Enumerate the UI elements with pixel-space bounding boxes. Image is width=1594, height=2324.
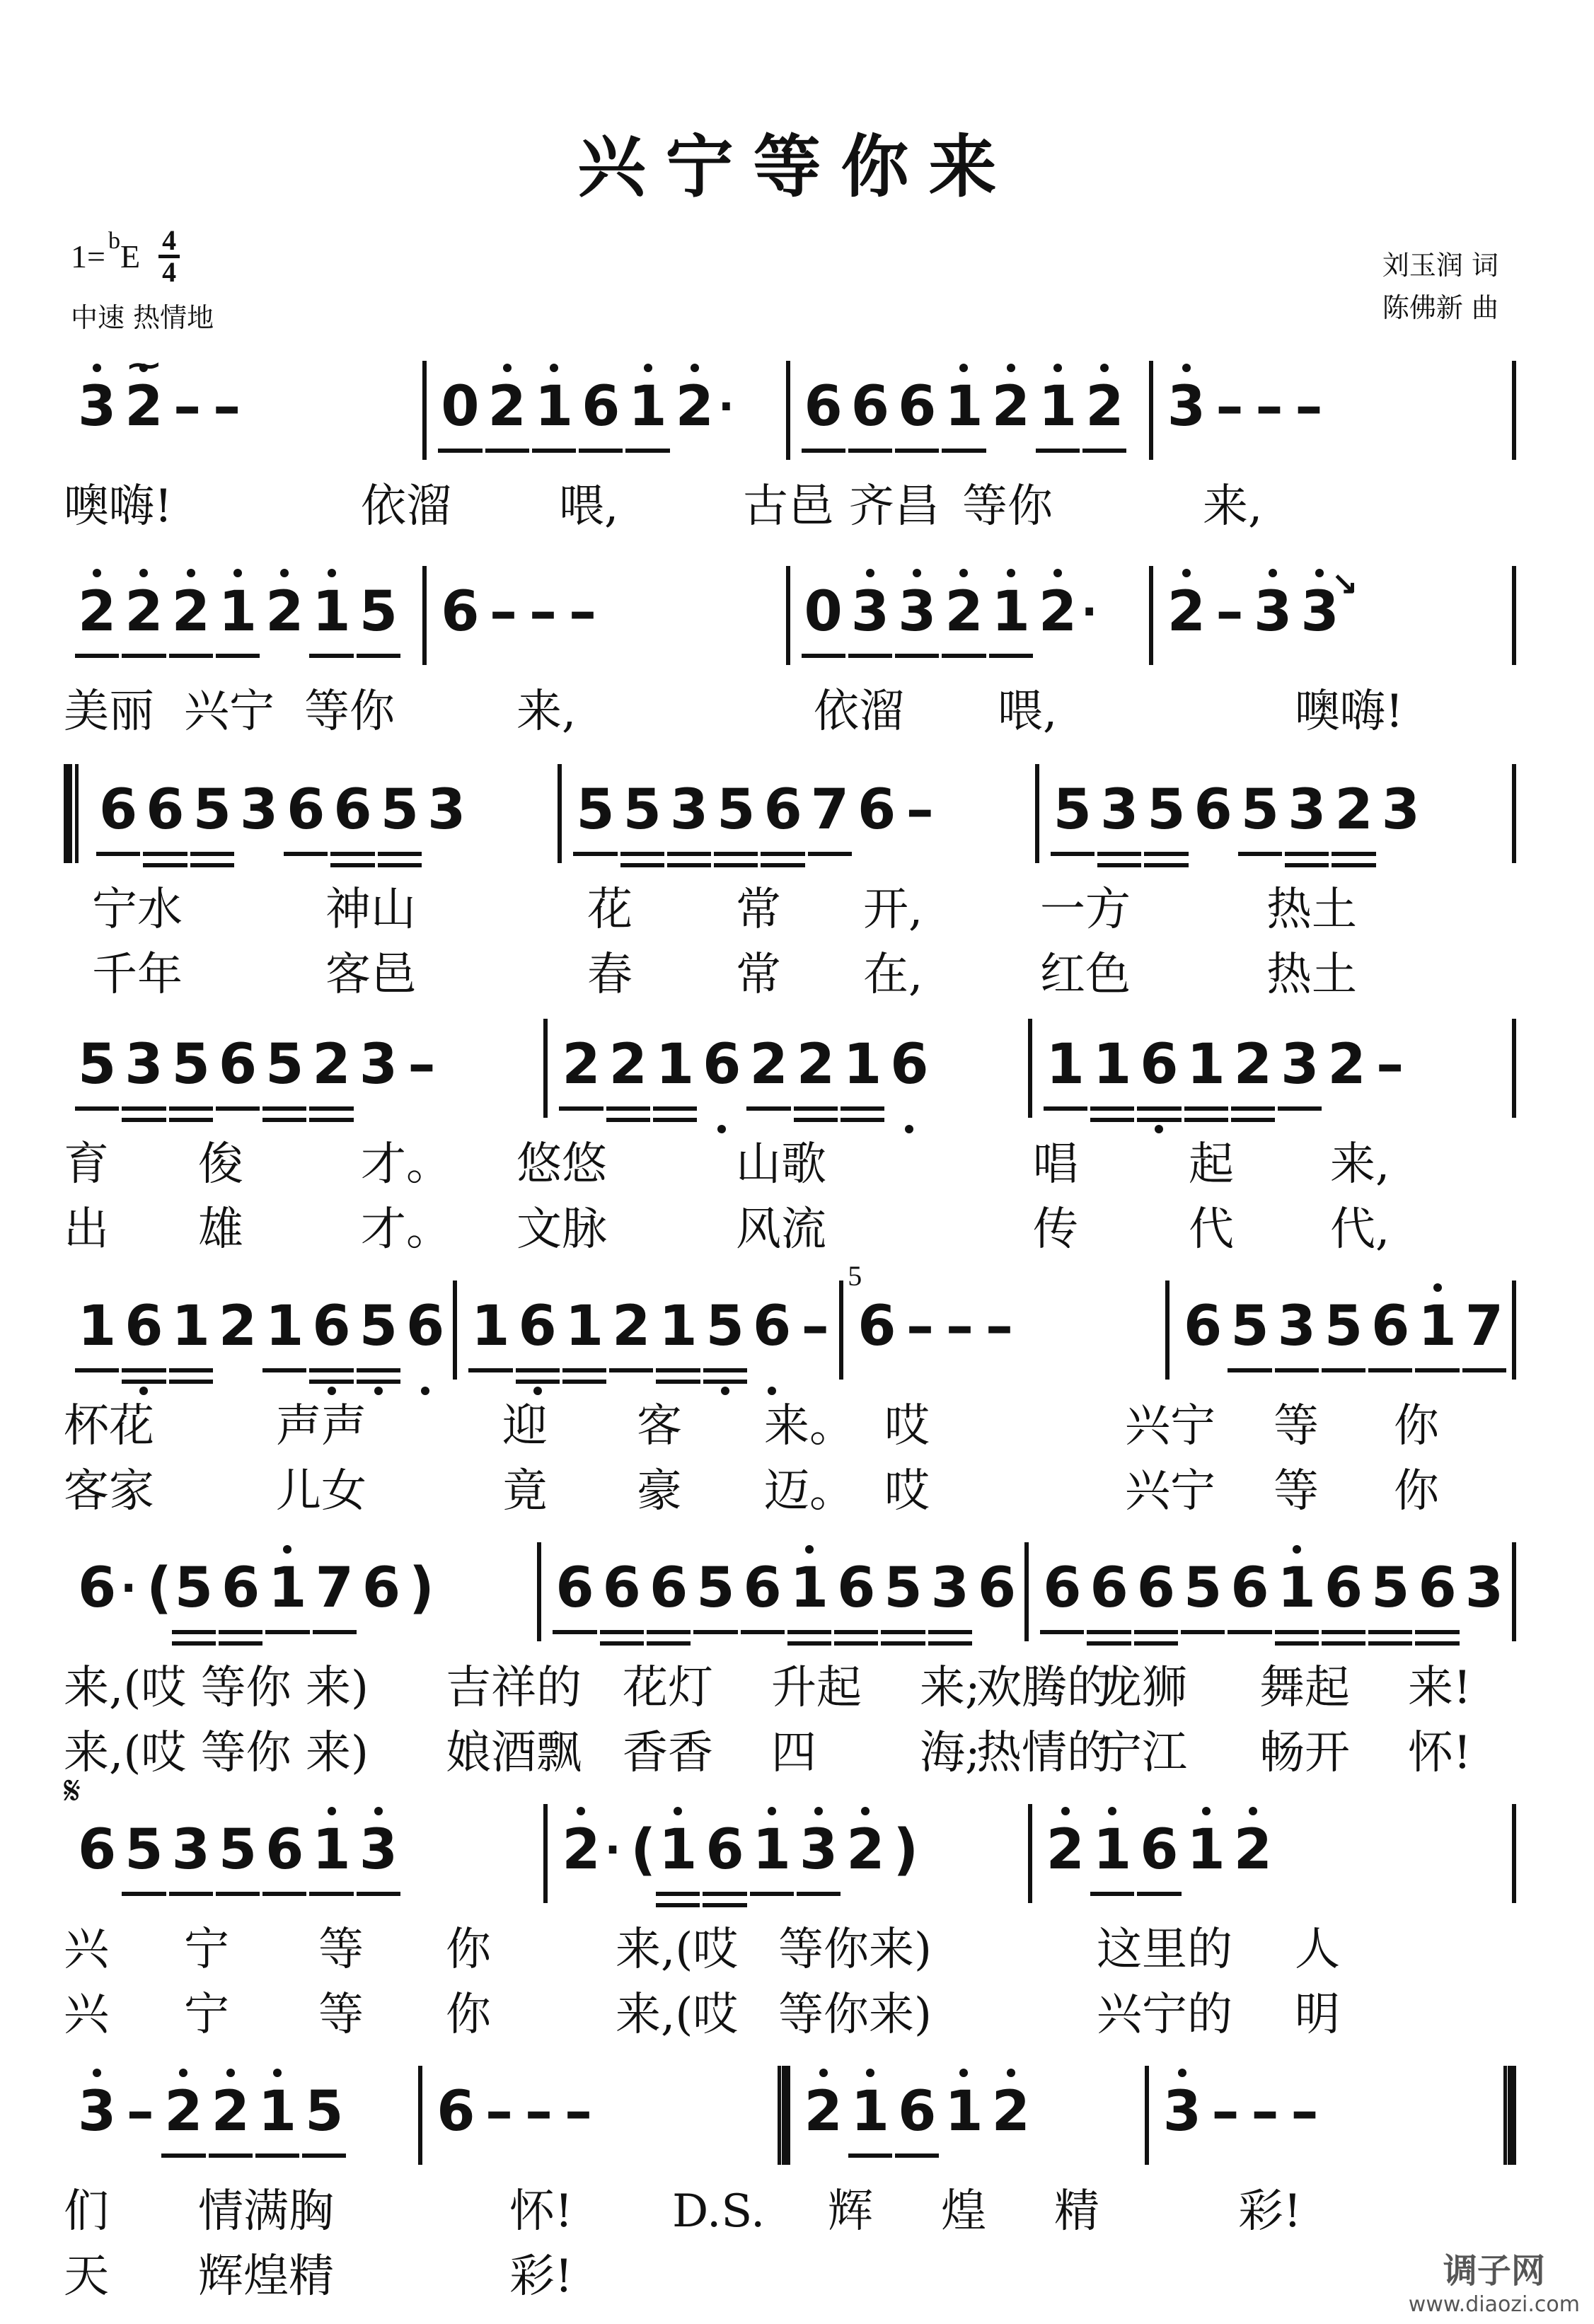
note: 6 (78, 1818, 116, 1882)
eighth-underline (309, 1106, 353, 1111)
measure: 3––– (1153, 333, 1512, 474)
measure: 66536653 (85, 736, 558, 877)
note: 1 (843, 1033, 882, 1097)
note-digit: 5 (1230, 1295, 1269, 1358)
lyrics-verse-1: 杯花声声迎客来。哎兴宁等你 (64, 1394, 1516, 1459)
eighth-underline (928, 1630, 972, 1634)
note: 5 (696, 1556, 734, 1620)
eighth-underline (216, 654, 260, 658)
note-digit: 3 (1163, 2080, 1201, 2144)
note: 6 (857, 1295, 896, 1358)
note: 1 (471, 1295, 509, 1358)
lyric-syllable: 才。 (361, 1132, 451, 1197)
eighth-underline (714, 852, 758, 856)
note: 2 (992, 375, 1030, 439)
eighth-underline (606, 1106, 650, 1111)
note: 2⁓ (125, 375, 163, 439)
note: 6 (890, 1033, 928, 1097)
note: 6 (582, 375, 620, 439)
open-paren: ( (630, 1818, 656, 1882)
sustain-dash: – (488, 580, 519, 644)
note-digit: 6 (851, 375, 889, 439)
sixteenth-underline (1415, 1641, 1459, 1646)
note: 1 (1093, 1818, 1131, 1882)
eighth-underline (122, 654, 166, 658)
sixteenth-underline (600, 1641, 644, 1646)
note-digit: 6 (99, 778, 137, 842)
high-octave-dot (768, 1807, 776, 1815)
note-digit: 6 (1418, 1556, 1456, 1620)
eighth-underline (161, 2154, 205, 2158)
note: 6 (437, 2080, 475, 2144)
note: 6 (1184, 1295, 1222, 1358)
note-digit: 5 (1241, 778, 1279, 842)
sixteenth-underline (1368, 1641, 1412, 1646)
lyric-syllable: 喂, (559, 474, 618, 539)
sixteenth-underline (703, 1903, 746, 1907)
eighth-underline (609, 1368, 653, 1372)
eighth-underline (989, 654, 1033, 658)
augmentation-dot: · (120, 1556, 137, 1620)
note-digit: 3 (898, 580, 936, 644)
measure: 033212· (790, 538, 1149, 679)
note-digit: 5 (78, 1033, 116, 1097)
note-digit: – (490, 580, 517, 644)
note: 1 (258, 2080, 296, 2144)
lyricist-credit: 刘玉润 词 (1382, 244, 1498, 287)
note-digit: 1 (992, 580, 1030, 644)
time-numerator: 4 (162, 226, 176, 255)
eighth-underline (1036, 449, 1080, 453)
note: 2 (804, 2080, 843, 2144)
eighth-underline (143, 852, 187, 856)
note: 3 (1254, 580, 1292, 644)
note-digit: 3 (1278, 1295, 1316, 1358)
note: 5 (884, 1556, 922, 1620)
lyric-syllable: 欢腾的 (976, 1655, 1112, 1721)
lyric-syllable: 怀! (509, 2179, 573, 2244)
open-paren: ( (146, 1556, 172, 1620)
note: 1 (172, 1295, 210, 1358)
note-digit: 6 (519, 1295, 557, 1358)
note-digit: 6 (837, 1556, 875, 1620)
note: 2 (312, 1033, 350, 1097)
lyrics-verse-1: 兴宁等你来,(哎等你来)这里的人 (64, 1917, 1516, 1982)
note-digit: 6 (78, 1556, 116, 1620)
note-digit: 6 (333, 778, 371, 842)
note: 7 (1465, 1295, 1503, 1358)
note: 5 (219, 1818, 257, 1882)
note: 6 (287, 778, 325, 842)
sustain-dash: – (984, 1295, 1015, 1358)
lyric-syllable: 人 (1295, 1917, 1340, 1982)
high-octave-dot (226, 2069, 235, 2077)
lyric-syllable: 舞起 (1259, 1655, 1350, 1721)
note-digit: 2 (219, 1295, 257, 1358)
repeat-end-barline (778, 2066, 790, 2165)
note-digit: 5 (1184, 1556, 1222, 1620)
lyric-syllable: 神山 (325, 877, 416, 942)
eighth-underline (848, 2154, 892, 2158)
note-digit: 2 (992, 2080, 1030, 2144)
lyric-syllable: 宁 (184, 1917, 229, 1982)
eighth-underline (703, 1892, 746, 1896)
sixteenth-underline (330, 863, 374, 867)
eighth-underline (797, 1892, 841, 1896)
note-digit: 3 (1100, 778, 1138, 842)
note: 5 (175, 1556, 213, 1620)
time-denominator: 4 (162, 258, 176, 287)
high-octave-dot (959, 2069, 968, 2077)
note-digit: 3 (931, 1556, 969, 1620)
note-digit: 5 (1053, 778, 1092, 842)
score-system: 5356523–221622161161232–育俊才。悠悠山歌唱起来,出雄才。… (64, 990, 1516, 1262)
note: 2 (562, 1818, 600, 1882)
note-digit: 1 (1187, 1033, 1225, 1097)
note-digit: – (529, 580, 557, 644)
eighth-underline (309, 1368, 353, 1372)
note-digit: – (906, 1295, 934, 1358)
note-digit: – (1252, 2080, 1279, 2144)
sustain-dash: – (528, 580, 559, 644)
note: 3 (1278, 1295, 1316, 1358)
eighth-underline (741, 1630, 785, 1634)
eighth-underline (1040, 1630, 1084, 1634)
note-digit: 3 (1465, 1556, 1503, 1620)
lyric-syllable: 迎 (502, 1394, 548, 1459)
note-digit: – (802, 1295, 829, 1358)
barline (1512, 764, 1516, 863)
high-octave-dot (1433, 1283, 1442, 1292)
note-digit: 6 (898, 375, 936, 439)
sixteenth-underline (928, 1641, 972, 1646)
notes-row: 32⁓––021612·66612123––– (64, 333, 1516, 474)
note-digit: 3 (1167, 375, 1206, 439)
high-octave-dot (1269, 569, 1277, 577)
lyrics-verse-2: 天辉煌精彩! (64, 2244, 1516, 2309)
lyric-syllable: 依溜 (814, 679, 904, 744)
note: 2 (1234, 1818, 1272, 1882)
note: 2 (749, 1033, 787, 1097)
high-octave-dot (1007, 2069, 1015, 2077)
sixteenth-underline (122, 1380, 166, 1384)
high-octave-dot (280, 569, 289, 577)
sixteenth-underline (169, 1380, 213, 1384)
sustain-dash: – (212, 375, 243, 439)
note-digit: 2 (797, 1033, 835, 1097)
note-digit: – (1291, 2080, 1319, 2144)
note-digit: – (213, 375, 241, 439)
note-digit: 1 (535, 375, 573, 439)
lyrics-verse-1: 宁水神山花常开,一方热土 (64, 877, 1516, 942)
lyric-syllable: 杯花 (64, 1394, 154, 1459)
eighth-underline (216, 1106, 260, 1111)
note-digit: 1 (790, 1556, 828, 1620)
high-octave-dot (805, 1545, 814, 1554)
note: 1 (945, 375, 983, 439)
note: 2 (797, 1033, 835, 1097)
lyric-syllable: 来。 (764, 1394, 855, 1459)
eighth-underline (750, 1892, 794, 1896)
note-digit: 6 (582, 375, 620, 439)
note-digit: 6 (1371, 1295, 1409, 1358)
sustain-dash: – (1293, 375, 1324, 439)
eighth-underline (357, 1892, 400, 1896)
sustain-dash: – (125, 2080, 156, 2144)
sixteenth-underline (143, 863, 187, 867)
high-octave-dot (959, 364, 968, 372)
note-digit: 2 (212, 2080, 250, 2144)
eighth-underline (802, 449, 845, 453)
note-digit: 2 (1327, 1033, 1365, 1097)
notes-row: 161216561612156–56–––6535617 (64, 1252, 1516, 1394)
note: 6 (1140, 1033, 1178, 1097)
note: 6 (898, 375, 936, 439)
note: 2 (78, 580, 116, 644)
high-octave-dot (328, 1807, 336, 1815)
note-digit: 1 (945, 2080, 983, 2144)
measure: 2–33↘ (1153, 538, 1512, 679)
watermark-site-name: 调子网 (1409, 2243, 1580, 2292)
eighth-underline (1462, 1368, 1506, 1372)
eighth-underline (1144, 852, 1188, 856)
augmentation-dot: · (605, 1818, 621, 1882)
credits: 刘玉润 词 陈佛新 曲 (1382, 244, 1498, 329)
note: 6 (705, 1818, 744, 1882)
eighth-underline (1090, 1106, 1134, 1111)
eighth-underline (794, 1106, 838, 1111)
eighth-underline (516, 1368, 560, 1372)
lyric-syllable: 哎 (884, 1394, 930, 1459)
lyric-syllable: 辉 (828, 2179, 873, 2244)
note: 1 (1093, 1033, 1131, 1097)
sixteenth-underline (667, 863, 711, 867)
high-octave-dot (187, 569, 195, 577)
lyrics-verse-1: 来,(哎 等你 来)吉祥的花灯升起来;欢腾的龙狮舞起来! (64, 1655, 1516, 1721)
note-digit: 5 (359, 580, 398, 644)
high-octave-dot (374, 1807, 383, 1815)
sustain-dash: – (1249, 2080, 1281, 2144)
eighth-underline (75, 1368, 119, 1372)
note: 5 (1371, 1556, 1409, 1620)
note: 2 (1046, 1818, 1085, 1882)
note: 6 (312, 1295, 350, 1358)
high-octave-dot (1007, 569, 1015, 577)
note: 1 (656, 1033, 694, 1097)
note-digit: 1 (312, 580, 350, 644)
eighth-underline (169, 1892, 213, 1896)
lyrics-verse-1: 们情满胸怀!D.S.辉煌精彩! (64, 2179, 1516, 2244)
lyric-syllable: 花灯 (623, 1655, 713, 1721)
lyric-syllable: 噢嗨! (64, 474, 173, 539)
lyric-syllable: 声声 (276, 1394, 366, 1459)
note: 6 (857, 778, 896, 842)
eighth-underline (1097, 852, 1141, 856)
note: 6 (99, 778, 137, 842)
note-digit: 6 (437, 2080, 475, 2144)
note: 6 (1137, 1556, 1175, 1620)
note-digit: 1 (659, 1295, 697, 1358)
measure: 5535676– (562, 736, 1034, 877)
measure: 021612· (427, 333, 785, 474)
lyric-syllable: 客 (637, 1394, 682, 1459)
note: 6 (125, 1295, 163, 1358)
note-digit: 3 (359, 1033, 398, 1097)
eighth-underline (656, 1892, 700, 1896)
eighth-underline (216, 1892, 260, 1896)
note: 3 (427, 778, 466, 842)
sixteenth-underline (309, 1118, 353, 1122)
eighth-underline (1051, 852, 1095, 856)
lyric-syllable: 兴宁 (184, 679, 275, 744)
high-octave-dot (1178, 2069, 1186, 2077)
eighth-underline (703, 1368, 747, 1372)
eighth-underline (122, 1106, 166, 1111)
sixteenth-underline (219, 1641, 262, 1646)
high-octave-dot (233, 569, 242, 577)
note: 2 (846, 1818, 884, 1882)
sustain-dash: – (904, 778, 935, 842)
sixteenth-underline (653, 1118, 697, 1122)
lyric-syllable: 彩! (1238, 2179, 1302, 2244)
sixteenth-underline (1322, 1641, 1365, 1646)
notes-row: 𝄋65356132·(16132)21612 (64, 1776, 1516, 1917)
eighth-underline (841, 1106, 884, 1111)
note: 5 (1324, 1295, 1363, 1358)
note: 6 (519, 1295, 557, 1358)
sustain-dash: – (406, 1033, 437, 1097)
note: 3↘ (1300, 580, 1339, 644)
note: 6 (649, 1556, 688, 1620)
eighth-underline (1044, 1106, 1087, 1111)
note-digit: 6 (898, 2080, 936, 2144)
augmentation-dot: · (718, 375, 734, 439)
note: 6 (744, 1556, 782, 1620)
high-octave-dot (814, 1807, 823, 1815)
eighth-underline (667, 852, 711, 856)
key-signature: 1= b E 4 4 (71, 226, 180, 287)
eighth-underline (1087, 1630, 1131, 1634)
note: 3 (931, 1556, 969, 1620)
measure: 2221215 (64, 538, 422, 679)
note: 3 (1100, 778, 1138, 842)
eighth-underline (485, 449, 529, 453)
sixteenth-underline (703, 1380, 747, 1384)
note: 5 (359, 580, 398, 644)
sustain-dash: – (567, 580, 599, 644)
measure: 22162216 (548, 990, 1027, 1132)
eighth-underline (787, 1630, 831, 1634)
note: 6 (219, 1033, 257, 1097)
note: 3 (359, 1033, 398, 1097)
sixteenth-underline (1144, 863, 1188, 867)
eighth-underline (562, 1368, 606, 1372)
lyric-syllable: 升起 (771, 1655, 862, 1721)
note-digit: 2 (562, 1033, 600, 1097)
lyric-syllable: 来! (1408, 1655, 1472, 1721)
note-digit: 5 (884, 1556, 922, 1620)
note-digit: 1 (312, 1818, 350, 1882)
eighth-underline (96, 852, 140, 856)
score-system: 161216561612156–56–––6535617杯花声声迎客来。哎兴宁等… (64, 1252, 1516, 1524)
measure: 6665616563 (1029, 1514, 1512, 1655)
eighth-underline (75, 654, 119, 658)
note-digit: 2 (78, 580, 116, 644)
note-digit: – (946, 1295, 974, 1358)
high-octave-dot (819, 2069, 828, 2077)
note: 6 (753, 1295, 791, 1358)
note-digit: 6 (804, 375, 843, 439)
lyric-syllable: 山歌 (736, 1132, 826, 1197)
note-digit: 6 (603, 1556, 641, 1620)
notes-row: 22212156–––033212·2–33↘ (64, 538, 1516, 679)
note: 6 (406, 1295, 444, 1358)
note-digit: – (408, 1033, 435, 1097)
score-system: 6·(56176)66656165366665616563来,(哎 等你 来)吉… (64, 1514, 1516, 1786)
note-digit: 1 (172, 1295, 210, 1358)
high-octave-dot (139, 569, 148, 577)
lyric-syllable: 等你 (962, 474, 1053, 539)
note-digit: 5 (359, 1295, 398, 1358)
note-digit: 3 (78, 2080, 116, 2144)
high-octave-dot (93, 364, 101, 372)
lyric-syllable: 美丽 (64, 679, 154, 744)
score-system: 𝄋65356132·(16132)21612兴宁等你来,(哎等你来)这里的人兴宁… (64, 1776, 1516, 2047)
note-digit: 7 (1465, 1295, 1503, 1358)
score-system: 32⁓––021612·66612123–––噢嗨!依溜喂,古邑齐昌等你来, (64, 333, 1516, 539)
note-digit: 1 (565, 1295, 603, 1358)
measure: 6––– (422, 2037, 777, 2179)
eighth-underline (1134, 1630, 1178, 1634)
high-octave-dot (273, 2069, 282, 2077)
eighth-underline (262, 1106, 306, 1111)
note: 0 (441, 375, 479, 439)
note: 3 (78, 375, 116, 439)
note-digit: 1 (753, 1818, 791, 1882)
note-digit: 1 (1039, 375, 1077, 439)
note-digit: 3 (1382, 778, 1420, 842)
note-digit: 5 (175, 1556, 213, 1620)
grace-note: 5 (848, 1259, 862, 1293)
sixteenth-underline (309, 1380, 353, 1384)
note: 3 (799, 1818, 838, 1882)
note: 0 (804, 580, 843, 644)
measure: 56––– (843, 1252, 1165, 1394)
note-digit: 5 (125, 1818, 163, 1882)
close-paren: ) (893, 1818, 918, 1882)
note: 1 (78, 1295, 116, 1358)
eighth-underline (122, 1368, 166, 1372)
sixteenth-underline (1184, 1118, 1228, 1122)
eighth-underline (1415, 1630, 1459, 1634)
eighth-underline (1322, 1630, 1365, 1634)
note-digit: 5 (706, 1295, 744, 1358)
high-octave-dot (644, 364, 652, 372)
measure: 5356523– (64, 990, 543, 1132)
score-system: 665366535535676–53565323宁水神山花常开,一方热土千年客邑… (64, 736, 1516, 1007)
sustain-dash: – (1214, 580, 1245, 644)
eighth-underline (802, 654, 845, 658)
note-digit: – (1295, 375, 1323, 439)
sixteenth-underline (190, 863, 234, 867)
sustain-dash: – (905, 1295, 936, 1358)
lyric-syllable: 开, (863, 877, 923, 942)
note-digit: 2 (609, 1033, 647, 1097)
note-digit: 2 (164, 2080, 202, 2144)
lyric-syllable: 齐昌 (849, 474, 940, 539)
lyric-syllable: 唱 (1033, 1132, 1078, 1197)
high-octave-dot (1100, 364, 1109, 372)
